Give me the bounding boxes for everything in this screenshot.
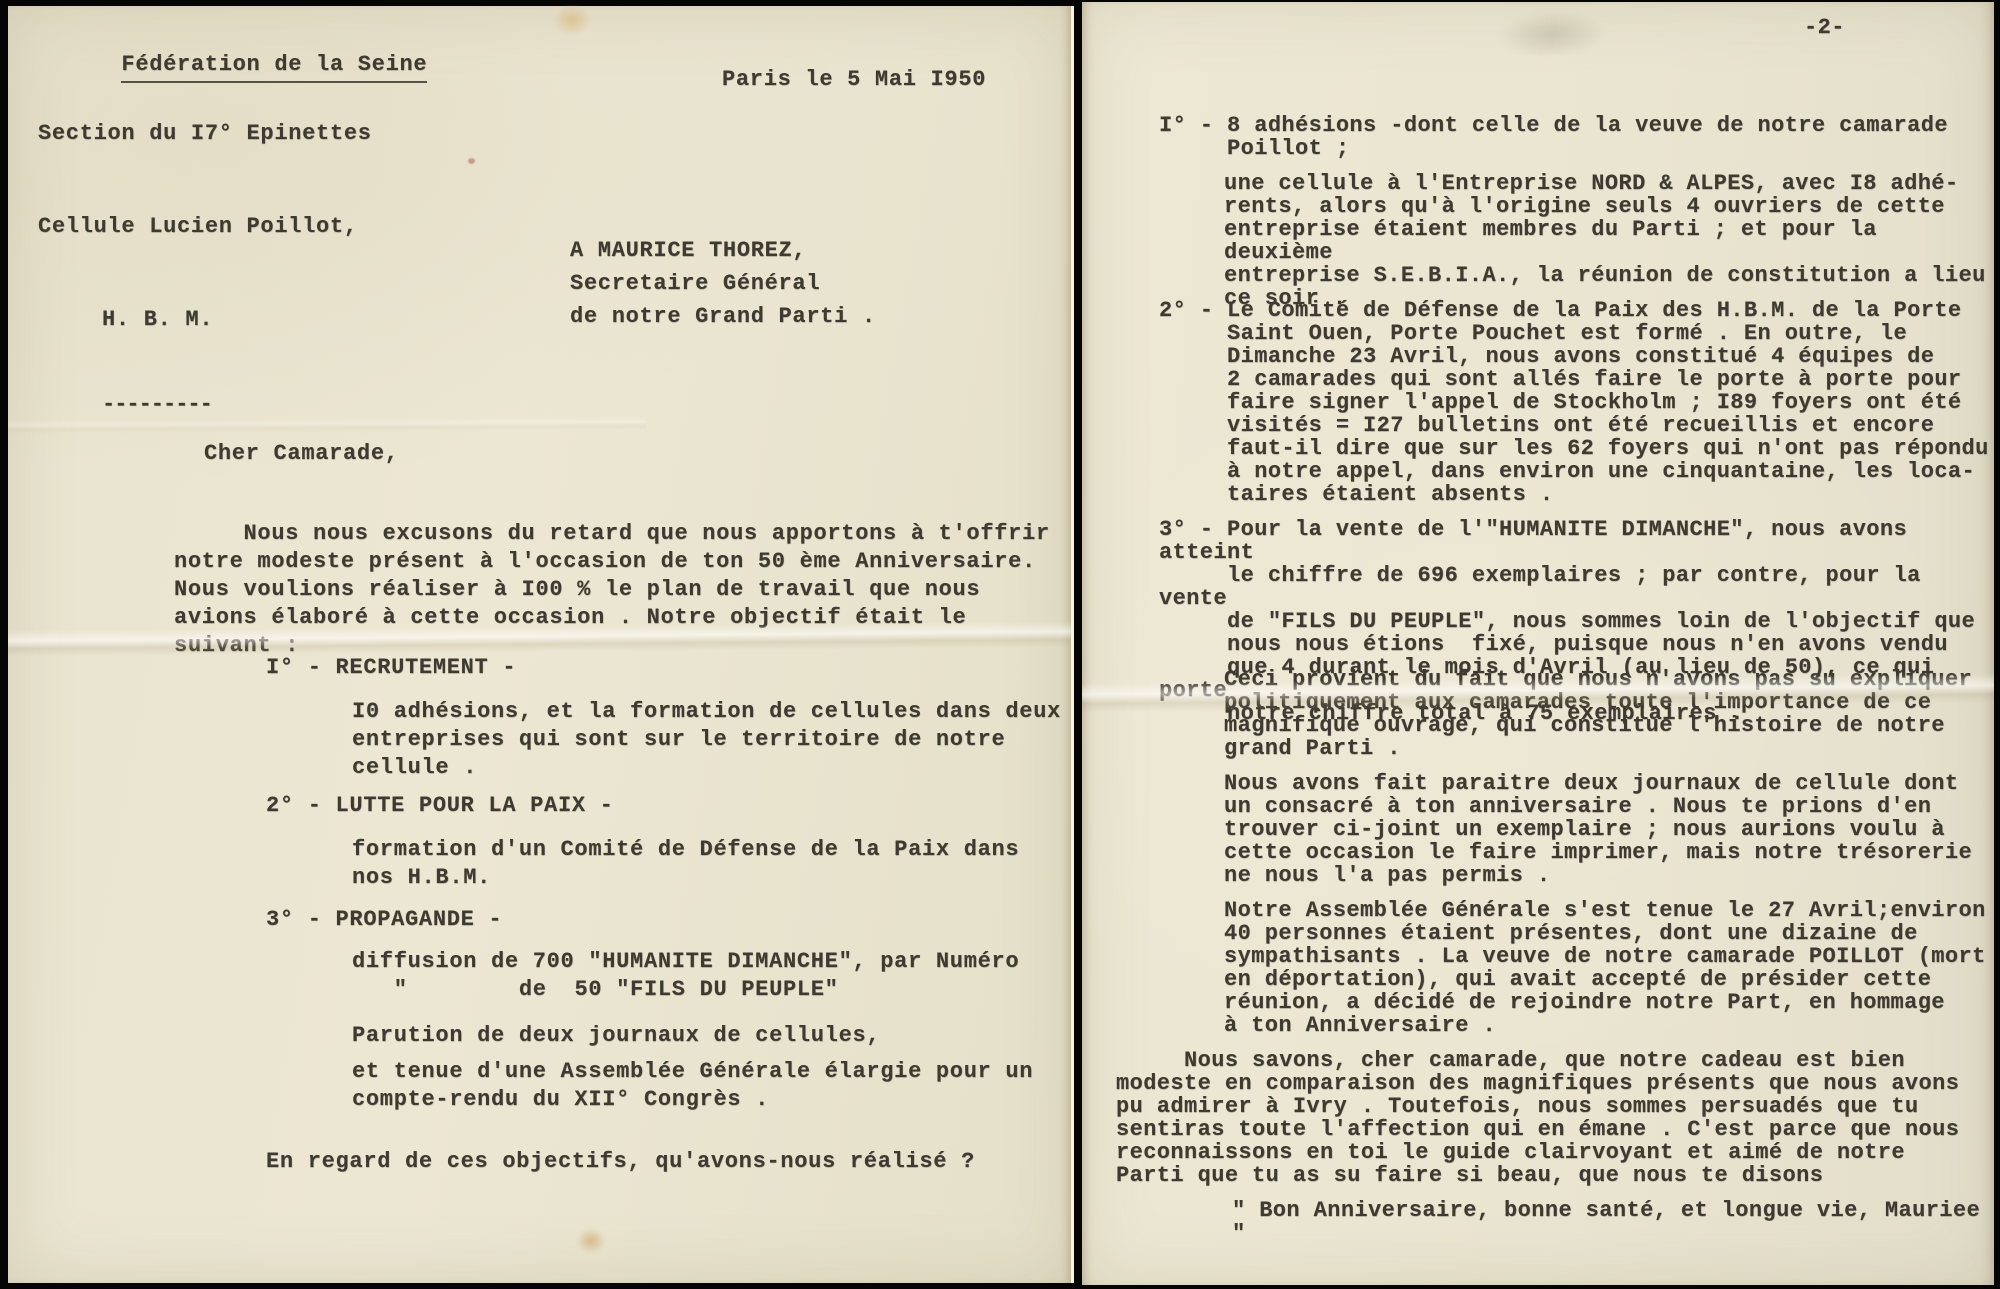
letter-page-2: -2- I° - 8 adhésions -dont celle de la v… (1082, 2, 1994, 1285)
letterhead: Fédération de la Seine Section du I7° Ep… (38, 18, 427, 475)
paragraph-journaux: Nous avons fait paraitre deux journaux d… (1224, 772, 1972, 887)
result-1-subparagraph: une cellule à l'Entreprise NORD & ALPES,… (1224, 172, 1994, 310)
letterhead-dashes: --------- (38, 397, 427, 413)
objective-3-heading: 3° - PROPAGANDE - (266, 906, 502, 934)
parution-line: Parution de deux journaux de cellules, (352, 1022, 880, 1050)
closing-question: En regard de ces objectifs, qu'avons-nou… (266, 1148, 975, 1176)
birthday-quote: " Bon Anniversaire, bonne santé, et long… (1232, 1199, 1994, 1245)
paragraph-assemblee-generale: Notre Assemblée Générale s'est tenue le … (1224, 899, 1986, 1037)
page-number: -2- (1804, 16, 1845, 39)
letterhead-cell: Cellule Lucien Poillot, (38, 211, 427, 242)
scanned-letter: Fédération de la Seine Section du I7° Ep… (0, 0, 2000, 1289)
objective-3-body: diffusion de 700 "HUMANITE DIMANCHE", pa… (352, 948, 1019, 1004)
assemblee-line: et tenue d'une Assemblée Générale élargi… (352, 1058, 1033, 1114)
objective-2-body: formation d'un Comité de Défense de la P… (352, 836, 1019, 892)
objective-2-heading: 2° - LUTTE POUR LA PAIX - (266, 792, 614, 820)
salutation: Cher Camarade, (204, 440, 399, 468)
letter-page-1: Fédération de la Seine Section du I7° Ep… (8, 6, 1074, 1283)
recipient-block: A MAURICE THOREZ, Secretaire Général de … (570, 234, 876, 333)
objective-1-body: I0 adhésions, et la formation de cellule… (352, 698, 1061, 782)
date-line: Paris le 5 Mai I950 (722, 66, 986, 94)
paragraph-cadeau: Nous savons, cher camarade, que notre ca… (1116, 1049, 1976, 1187)
paragraph-explanation: Ceci provient du fait que nous n'avons p… (1224, 668, 1972, 760)
faint-stamp-smudge (1497, 7, 1609, 61)
result-1-item: I° - 8 adhésions -dont celle de la veuve… (1159, 114, 1948, 160)
letterhead-hbm: H. B. M. (38, 304, 427, 335)
letterhead-org: Fédération de la Seine (121, 49, 427, 83)
intro-paragraph: Nous nous excusons du retard que nous ap… (174, 520, 1074, 660)
objective-1-heading: I° - RECRUTEMENT - (266, 654, 516, 682)
letterhead-section: Section du I7° Epinettes (38, 118, 427, 149)
result-2-item: 2° - Le Comité de Défense de la Paix des… (1159, 299, 1989, 506)
